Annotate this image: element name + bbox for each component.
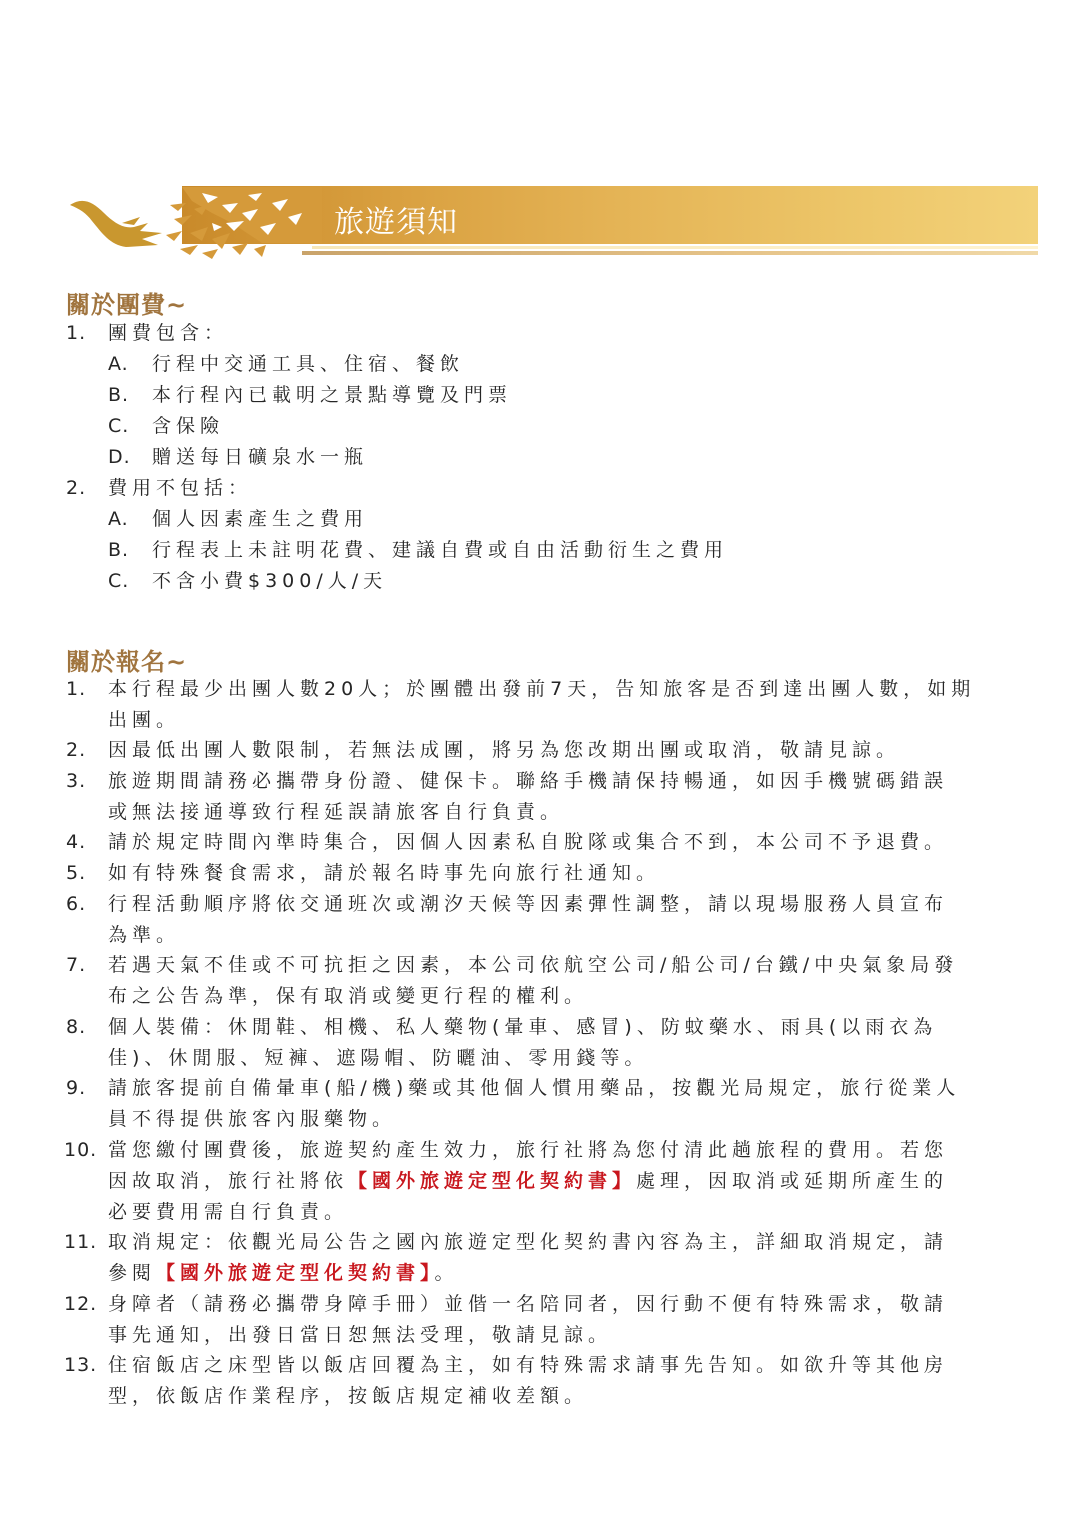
item-text: 個人裝備：休閒鞋、相機、私人藥物(暈車、感冒)、防蚊藥水、雨具(以雨衣為 佳)、… — [108, 1012, 937, 1074]
contract-link[interactable]: 【國外旅遊定型化契約書】 — [156, 1262, 435, 1284]
sub-item-text: 行程表上未註明花費、建議自費或自由活動衍生之費用 — [152, 535, 728, 565]
sub-item-text: 含保險 — [152, 411, 224, 441]
item-text: 住宿飯店之床型皆以飯店回覆為主，如有特殊需求請事先告知。如欲升等其他房 型，依飯… — [108, 1350, 948, 1412]
item-line: 當您繳付團費後，旅遊契約產生效力，旅行社將為您付清此趟旅程的費用。若您 — [108, 1135, 948, 1166]
item-text: 當您繳付團費後，旅遊契約產生效力，旅行社將為您付清此趟旅程的費用。若您 因故取消… — [108, 1135, 948, 1228]
item-text: 請於規定時間內準時集合，因個人因素私自脫隊或集合不到，本公司不予退費。 — [108, 827, 948, 858]
sub-item-text: 本行程內已載明之景點導覽及門票 — [152, 380, 512, 410]
item-number: 3. — [66, 766, 86, 796]
item-text: 費用不包括： — [108, 473, 252, 503]
item-number: 10. — [64, 1135, 97, 1165]
sub-item-letter: C. — [108, 566, 129, 596]
sub-item-letter: B. — [108, 535, 129, 565]
item-line: 出團。 — [108, 705, 975, 736]
banner-divider — [312, 246, 1038, 249]
sub-item-letter: B. — [108, 380, 129, 410]
item-line: 員不得提供旅客內服藥物。 — [108, 1104, 960, 1135]
contract-link[interactable]: 【國外旅遊定型化契約書】 — [348, 1170, 636, 1192]
item-line: 如有特殊餐食需求，請於報名時事先向旅行社通知。 — [108, 858, 660, 889]
item-line-text: 。 — [435, 1262, 459, 1284]
item-text: 取消規定：依觀光局公告之國內旅遊定型化契約書內容為主，詳細取消規定，請 參閱【國… — [108, 1227, 948, 1289]
sub-item-letter: D. — [108, 442, 131, 472]
item-line: 行程活動順序將依交通班次或潮汐天候等因素彈性調整，請以現場服務人員宣布 — [108, 889, 948, 920]
item-line: 因最低出團人數限制，若無法成團，將另為您改期出團或取消，敬請見諒。 — [108, 735, 900, 766]
item-text: 行程活動順序將依交通班次或潮汐天候等因素彈性調整，請以現場服務人員宣布 為準。 — [108, 889, 948, 951]
item-line: 請於規定時間內準時集合，因個人因素私自脫隊或集合不到，本公司不予退費。 — [108, 827, 948, 858]
item-line: 身障者（請務必攜帶身障手冊）並偕一名陪同者，因行動不便有特殊需求，敬請 — [108, 1289, 948, 1320]
item-line: 必要費用需自行負責。 — [108, 1197, 948, 1228]
item-line: 請旅客提前自備暈車(船/機)藥或其他個人慣用藥品，按觀光局規定，旅行從業人 — [108, 1073, 960, 1104]
item-line: 布之公告為準，保有取消或變更行程的權利。 — [108, 981, 958, 1012]
section-title-registration: 關於報名~ — [66, 642, 187, 677]
item-text: 若遇天氣不佳或不可抗拒之因素，本公司依航空公司/船公司/台鐵/中央氣象局發 布之… — [108, 950, 958, 1012]
item-line-text: 參閱 — [108, 1262, 156, 1284]
item-number: 12. — [64, 1289, 97, 1319]
item-text: 身障者（請務必攜帶身障手冊）並偕一名陪同者，因行動不便有特殊需求，敬請 事先通知… — [108, 1289, 948, 1351]
item-number: 1. — [66, 674, 86, 704]
item-line: 本行程最少出團人數20人；於團體出發前7天，告知旅客是否到達出團人數，如期 — [108, 674, 975, 705]
sub-item-text: 贈送每日礦泉水一瓶 — [152, 442, 368, 472]
section-title-fees: 關於團費~ — [66, 285, 187, 320]
item-line-text: 因故取消，旅行社將依 — [108, 1170, 348, 1192]
item-line: 或無法接通導致行程延誤請旅客自行負責。 — [108, 797, 948, 828]
item-text: 本行程最少出團人數20人；於團體出發前7天，告知旅客是否到達出團人數，如期 出團… — [108, 674, 975, 736]
item-line: 佳)、休閒服、短褲、遮陽帽、防曬油、零用錢等。 — [108, 1043, 937, 1074]
banner-title: 旅遊須知 — [334, 197, 458, 241]
sub-item-text: 行程中交通工具、住宿、餐飲 — [152, 349, 464, 379]
item-text: 如有特殊餐食需求，請於報名時事先向旅行社通知。 — [108, 858, 660, 889]
item-number: 9. — [66, 1073, 86, 1103]
item-line: 住宿飯店之床型皆以飯店回覆為主，如有特殊需求請事先告知。如欲升等其他房 — [108, 1350, 948, 1381]
sub-item-text: 個人因素產生之費用 — [152, 504, 368, 534]
item-line: 為準。 — [108, 920, 948, 951]
item-number: 7. — [66, 950, 86, 980]
item-number: 2. — [66, 735, 86, 765]
item-line: 型，依飯店作業程序，按飯店規定補收差額。 — [108, 1381, 948, 1412]
item-number: 2. — [66, 473, 86, 503]
item-number: 6. — [66, 889, 86, 919]
item-number: 4. — [66, 827, 86, 857]
item-line: 個人裝備：休閒鞋、相機、私人藥物(暈車、感冒)、防蚊藥水、雨具(以雨衣為 — [108, 1012, 937, 1043]
item-line: 參閱【國外旅遊定型化契約書】。 — [108, 1258, 948, 1289]
header-banner: 旅遊須知 — [62, 183, 1038, 263]
item-text: 團費包含： — [108, 318, 228, 348]
item-line: 取消規定：依觀光局公告之國內旅遊定型化契約書內容為主，詳細取消規定，請 — [108, 1227, 948, 1258]
item-number: 13. — [64, 1350, 97, 1380]
item-line: 因故取消，旅行社將依【國外旅遊定型化契約書】處理，因取消或延期所產生的 — [108, 1166, 948, 1197]
item-number: 8. — [66, 1012, 86, 1042]
banner-divider — [302, 251, 1038, 255]
bird-splash-icon — [62, 183, 322, 263]
item-line: 若遇天氣不佳或不可抗拒之因素，本公司依航空公司/船公司/台鐵/中央氣象局發 — [108, 950, 958, 981]
sub-item-letter: A. — [108, 349, 129, 379]
item-text: 請旅客提前自備暈車(船/機)藥或其他個人慣用藥品，按觀光局規定，旅行從業人 員不… — [108, 1073, 960, 1135]
sub-item-letter: A. — [108, 504, 129, 534]
item-line-text: 處理，因取消或延期所產生的 — [636, 1170, 948, 1192]
item-line: 旅遊期間請務必攜帶身份證、健保卡。聯絡手機請保持暢通，如因手機號碼錯誤 — [108, 766, 948, 797]
item-number: 11. — [64, 1227, 97, 1257]
sub-item-letter: C. — [108, 411, 129, 441]
item-number: 5. — [66, 858, 86, 888]
item-line: 事先通知，出發日當日恕無法受理，敬請見諒。 — [108, 1320, 948, 1351]
item-number: 1. — [66, 318, 86, 348]
item-text: 旅遊期間請務必攜帶身份證、健保卡。聯絡手機請保持暢通，如因手機號碼錯誤 或無法接… — [108, 766, 948, 828]
sub-item-text: 不含小費$300/人/天 — [152, 566, 387, 596]
item-text: 因最低出團人數限制，若無法成團，將另為您改期出團或取消，敬請見諒。 — [108, 735, 900, 766]
